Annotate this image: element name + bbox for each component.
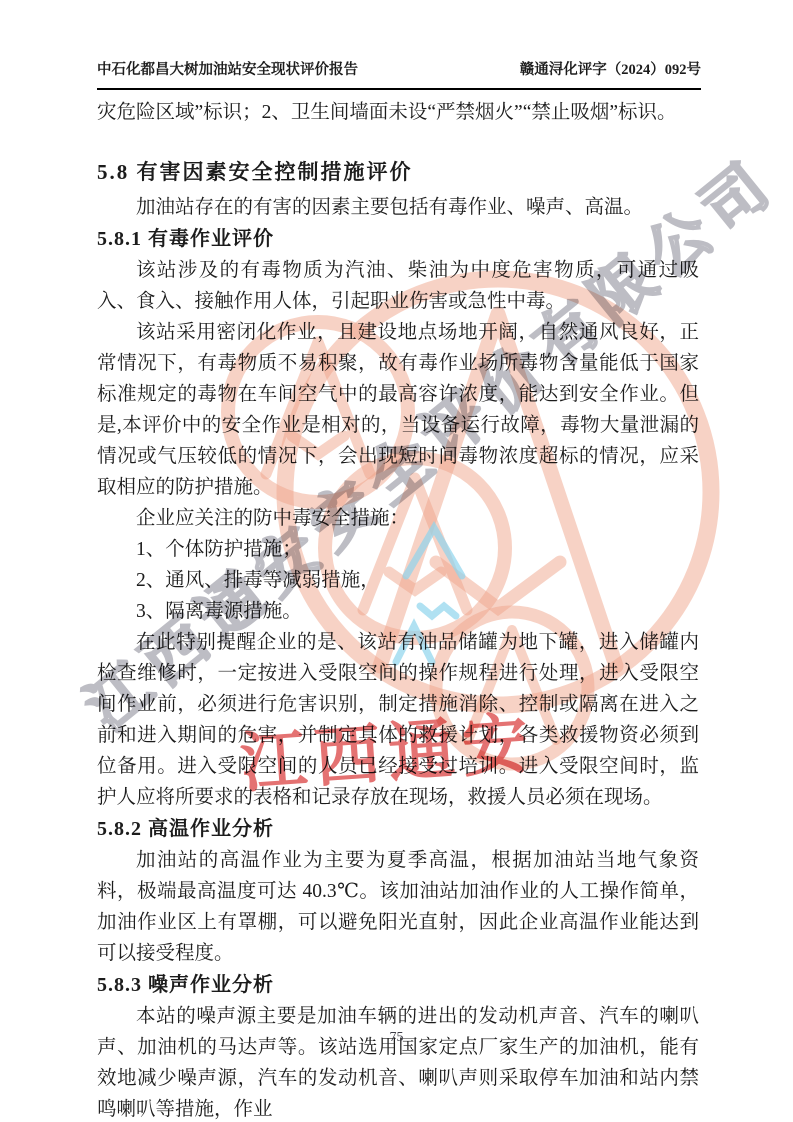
paragraph-noise: 本站的噪声源主要是加油车辆的进出的发动机声音、汽车的喇叭声、加油机的马达声等。该…	[97, 1001, 699, 1122]
page-header: 中石化都昌大树加油站安全现状评价报告 赣通浔化评字（2024）092号	[97, 58, 701, 90]
list-item-3: 3、隔离毒源措施。	[97, 596, 699, 627]
header-report-title: 中石化都昌大树加油站安全现状评价报告	[97, 58, 358, 79]
paragraph-confined-space: 在此特别提醒企业的是、该站有油品储罐为地下罐，进入储罐内检查维修时，一定按进入受…	[97, 627, 699, 813]
heading-5-8-1: 5.8.1 有毒作业评价	[97, 223, 699, 255]
heading-5-8-2: 5.8.2 高温作业分析	[97, 813, 699, 845]
paragraph-closed-operation: 该站采用密闭化作业，且建设地点场地开阔，自然通风良好，正常情况下，有毒物质不易积…	[97, 317, 699, 503]
heading-5-8: 5.8 有害因素安全控制措施评价	[97, 156, 699, 189]
page-number: 75	[0, 1030, 793, 1046]
continuation-paragraph: 灾危险区域”标识；2、卫生间墙面未设“严禁烟火”“禁止吸烟”标识。	[97, 97, 699, 128]
paragraph-high-temp: 加油站的高温作业为主要为夏季高温，根据加油站当地气象资料，极端最高温度可达 40…	[97, 845, 699, 969]
paragraph-antipoison-intro: 企业应关注的防中毒安全措施：	[97, 503, 699, 534]
paragraph-toxic-substances: 该站涉及的有毒物质为汽油、柴油为中度危害物质，可通过吸入、食入、接触作用人体，引…	[97, 255, 699, 317]
list-item-2: 2、通风、排毒等减弱措施，	[97, 565, 699, 596]
document-page: 中石化都昌大树加油站安全现状评价报告 赣通浔化评字（2024）092号 灾危险区…	[0, 0, 793, 1122]
paragraph-harm-factors: 加油站存在的有害的因素主要包括有毒作业、噪声、高温。	[97, 192, 699, 223]
list-item-1: 1、个体防护措施；	[97, 534, 699, 565]
heading-5-8-3: 5.8.3 噪声作业分析	[97, 969, 699, 1001]
document-body: 灾危险区域”标识；2、卫生间墙面未设“严禁烟火”“禁止吸烟”标识。5.8 有害因…	[97, 97, 699, 1122]
header-doc-number: 赣通浔化评字（2024）092号	[520, 58, 701, 79]
